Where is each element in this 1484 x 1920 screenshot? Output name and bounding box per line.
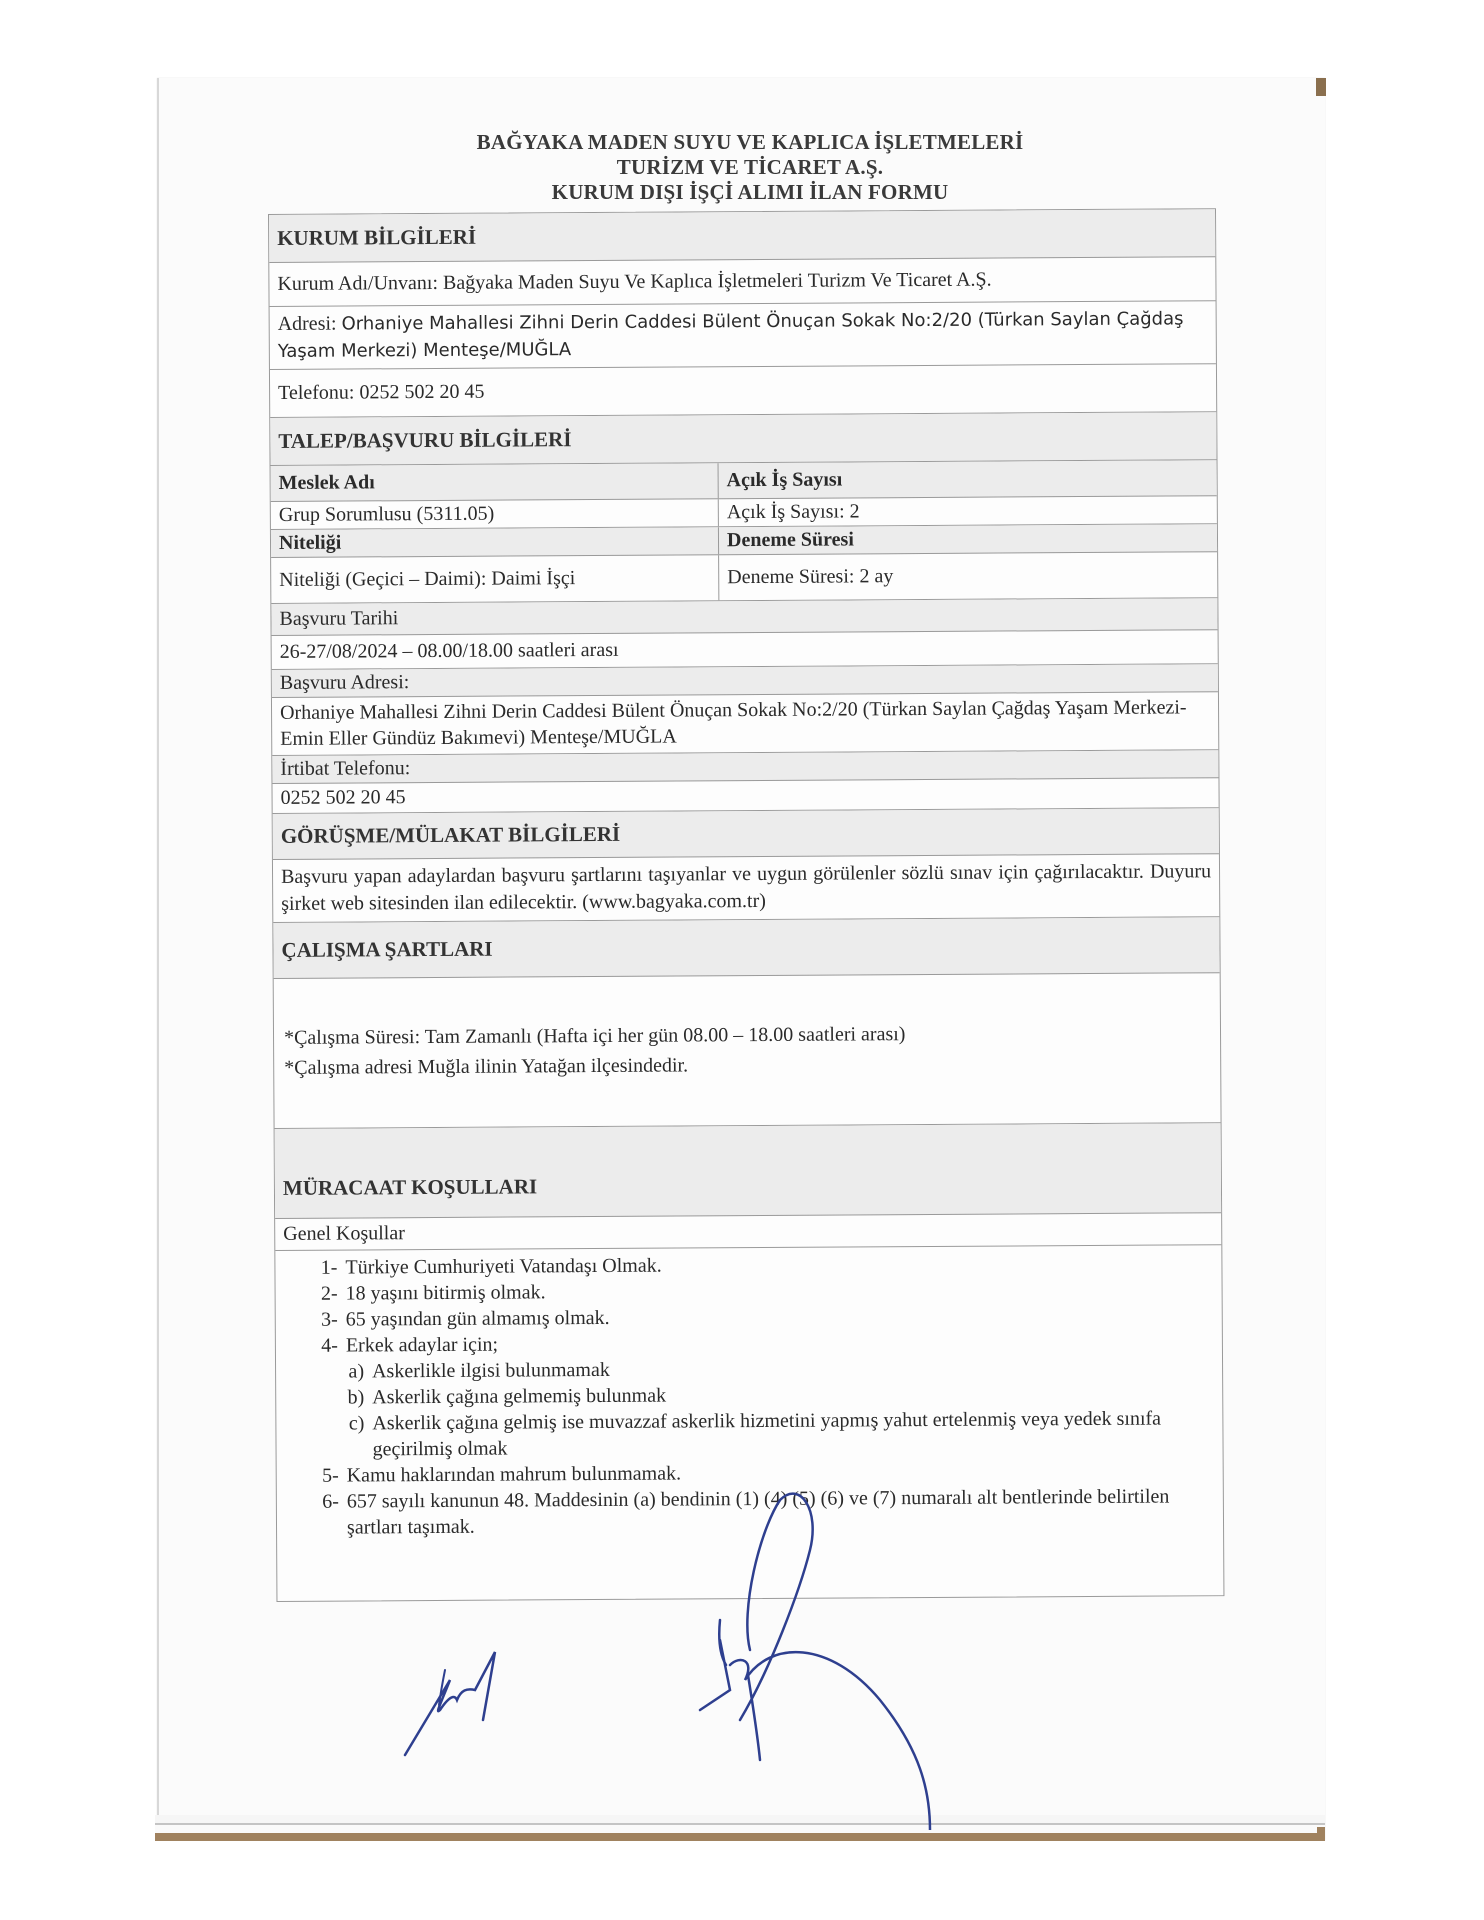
- condition-number: 4-: [304, 1333, 338, 1359]
- meslek-label: Meslek Adı: [271, 463, 719, 501]
- title-line-1: BAĞYAKA MADEN SUYU VE KAPLICA İŞLETMELER…: [400, 130, 1100, 155]
- section-kurum-bilgileri: KURUM BİLGİLERİ: [269, 209, 1215, 263]
- kurum-address-row: Adresi: Orhaniye Mahallesi Zihni Derin C…: [270, 301, 1216, 370]
- nitelik-value-row: Niteliği (Geçici – Daimi): Daimi İşçi De…: [271, 552, 1217, 604]
- deneme-label: Deneme Süresi: [719, 524, 1217, 554]
- condition-number: 6-: [305, 1489, 339, 1541]
- condition-number: c): [330, 1410, 364, 1462]
- condition-number: b): [330, 1384, 364, 1410]
- kurum-address-label: Adresi:: [278, 313, 337, 335]
- page-bottom-edge: [155, 1815, 1325, 1841]
- section-calisma-sartlari: ÇALIŞMA ŞARTLARI: [273, 917, 1219, 979]
- application-form-table: KURUM BİLGİLERİ Kurum Adı/Unvanı: Bağyak…: [268, 208, 1224, 1602]
- deneme-value: Deneme Süresi: 2 ay: [719, 552, 1217, 600]
- section-muracaat-kosullari: MÜRACAAT KOŞULLARI: [275, 1123, 1222, 1219]
- condition-item: c)Askerlik çağına gelmiş ise muvazzaf as…: [276, 1405, 1222, 1463]
- section-talep-basvuru: TALEP/BAŞVURU BİLGİLERİ: [270, 412, 1216, 466]
- nitelik-value: Niteliği (Geçici – Daimi): Daimi İşçi: [271, 555, 719, 603]
- condition-number: 2-: [304, 1281, 338, 1307]
- basvuru-adresi-value: Orhaniye Mahallesi Zihni Derin Caddesi B…: [272, 692, 1218, 756]
- calisma-title: ÇALIŞMA ŞARTLARI: [281, 937, 492, 963]
- nitelik-label: Niteliği: [271, 527, 719, 557]
- kurum-phone-row: Telefonu: 0252 502 20 45: [270, 364, 1216, 418]
- title-line-2: TURİZM VE TİCARET A.Ş.: [400, 155, 1100, 180]
- basvuru-tarihi-value: 26-27/08/2024 – 08.00/18.00 saatleri ara…: [272, 630, 1218, 670]
- condition-text: Askerlik çağına gelmiş ise muvazzaf aske…: [372, 1405, 1222, 1462]
- acik-is-label: Açık İş Sayısı: [719, 460, 1217, 498]
- calisma-line-2: *Çalışma adresi Muğla ilinin Yatağan ilç…: [284, 1047, 1212, 1083]
- meslek-header-row: Meslek Adı Açık İş Sayısı: [271, 460, 1217, 502]
- condition-item: 6-657 sayılı kanunun 48. Maddesinin (a) …: [277, 1483, 1223, 1541]
- acik-is-value: Açık İş Sayısı: 2: [719, 496, 1217, 526]
- kurum-address-value: Orhaniye Mahallesi Zihni Derin Caddesi B…: [278, 308, 1184, 362]
- condition-number: 3-: [304, 1307, 338, 1333]
- condition-number: a): [330, 1358, 364, 1384]
- condition-text: 657 sayılı kanunun 48. Maddesinin (a) be…: [347, 1483, 1223, 1540]
- condition-number: 5-: [305, 1463, 339, 1489]
- calisma-conditions: *Çalışma Süresi: Tam Zamanlı (Hafta içi …: [274, 973, 1221, 1129]
- kurum-name-row: Kurum Adı/Unvanı: Bağyaka Maden Suyu Ve …: [269, 257, 1215, 307]
- meslek-value: Grup Sorumlusu (5311.05): [271, 499, 719, 529]
- gorusme-text: Başvuru yapan adaylardan başvuru şartlar…: [273, 854, 1219, 923]
- page-corner-mark: [1316, 78, 1326, 96]
- title-line-3: KURUM DIŞI İŞÇİ ALIMI İLAN FORMU: [400, 180, 1100, 205]
- section-gorusme-mulakat: GÖRÜŞME/MÜLAKAT BİLGİLERİ: [273, 808, 1219, 860]
- muracaat-list: 1-Türkiye Cumhuriyeti Vatandaşı Olmak.2-…: [275, 1245, 1223, 1601]
- condition-number: 1-: [303, 1255, 337, 1281]
- document-title: BAĞYAKA MADEN SUYU VE KAPLICA İŞLETMELER…: [400, 130, 1100, 205]
